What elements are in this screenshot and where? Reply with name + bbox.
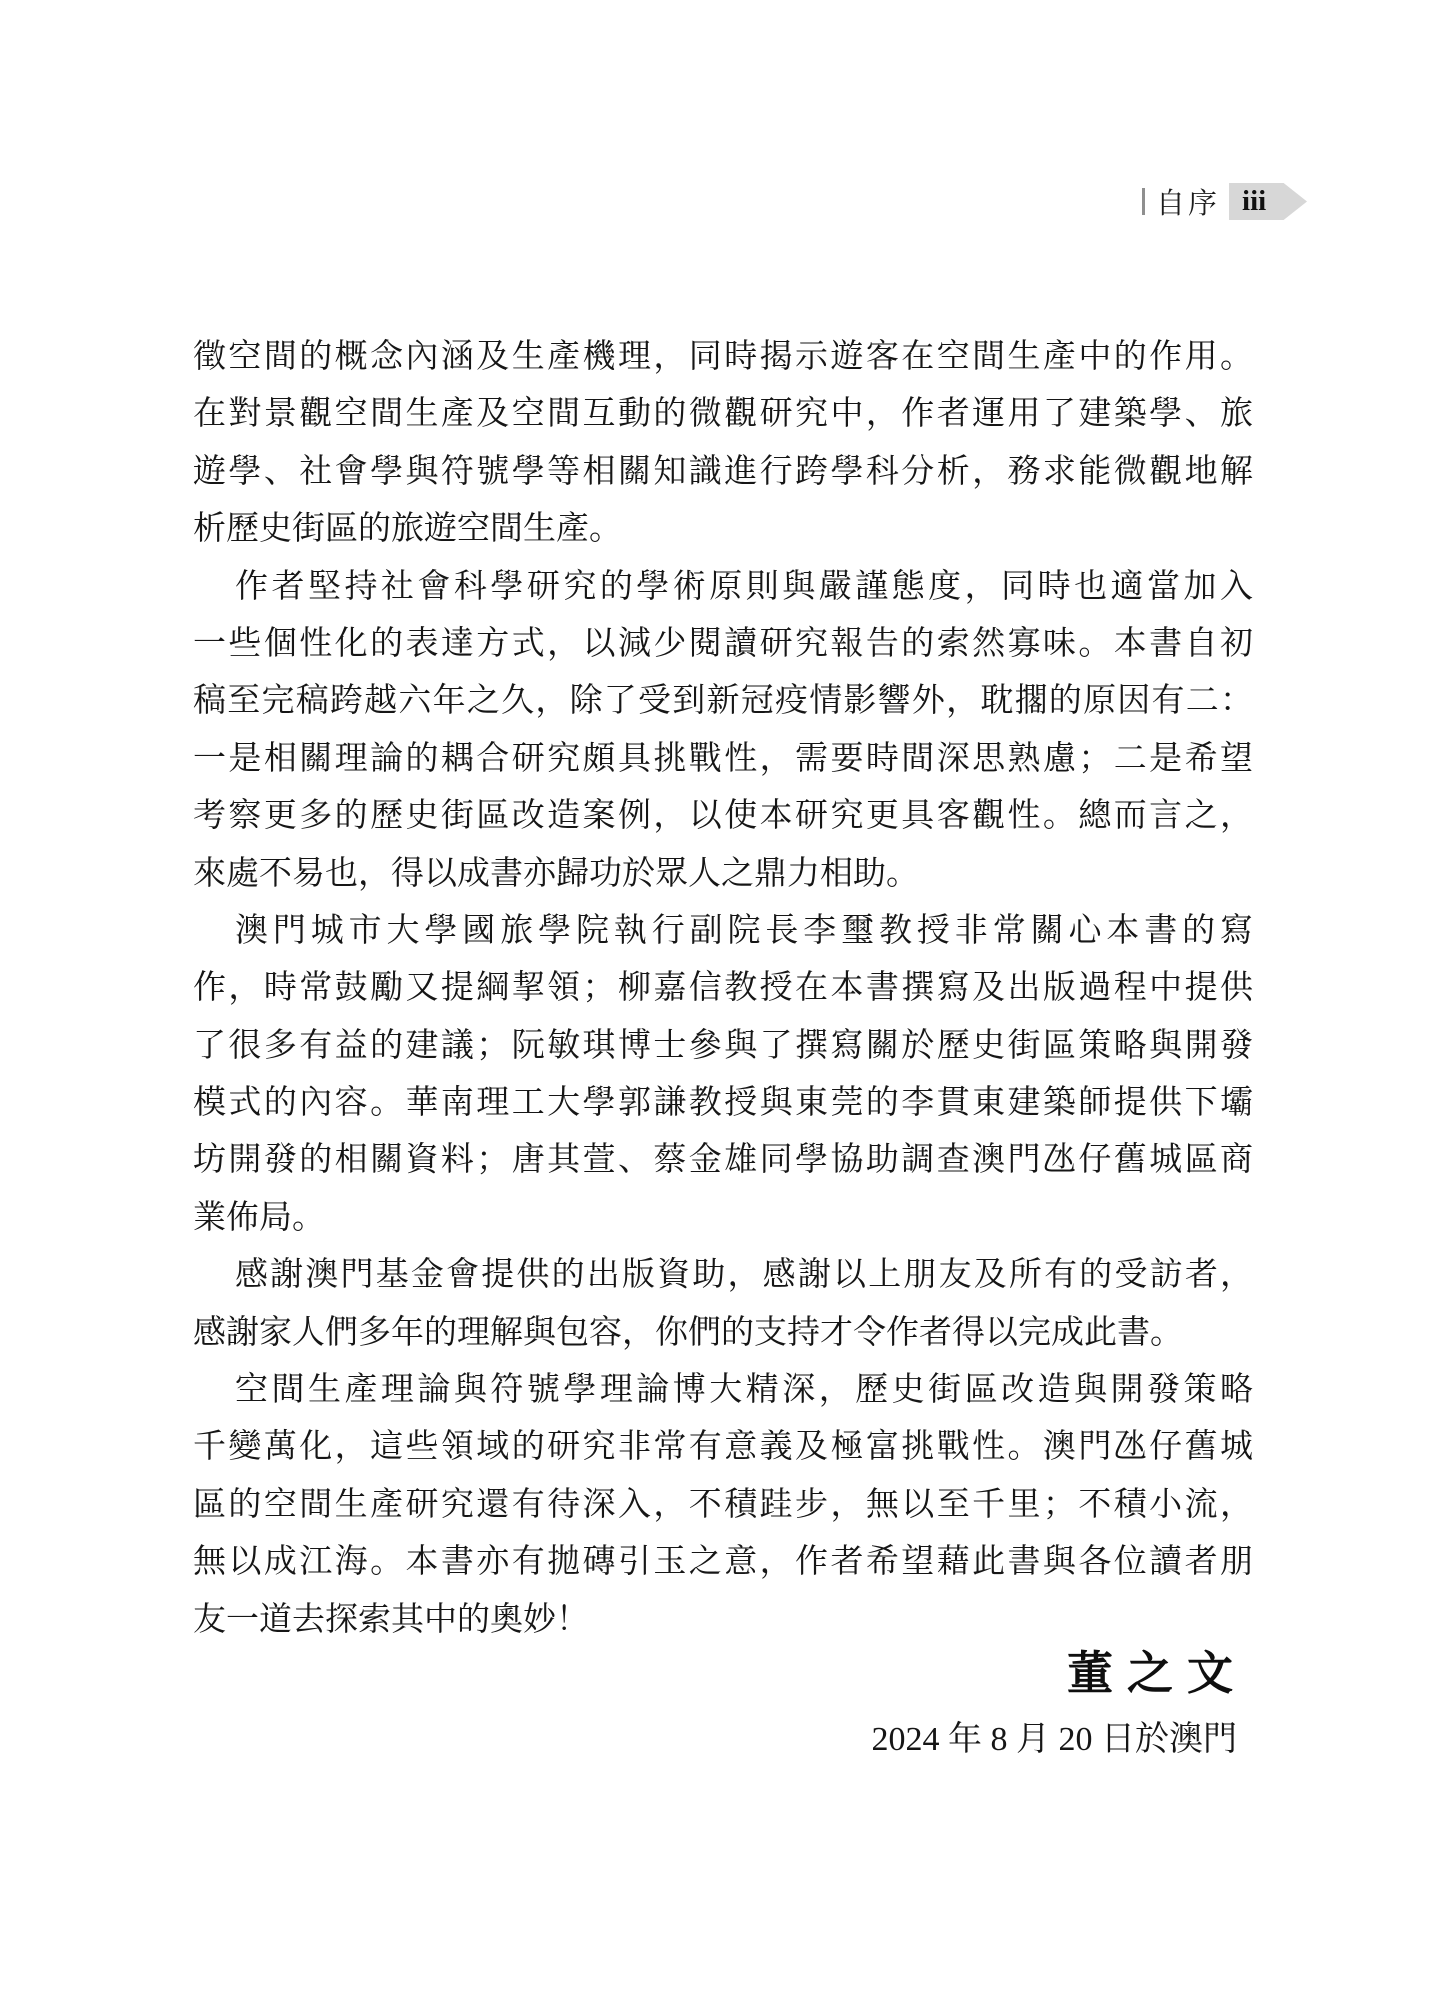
text-line: 稿至完稿跨越六年之久，除了受到新冠疫情影響外，耽擱的原因有二： xyxy=(193,673,1253,730)
text-line: 作，時常鼓勵又提綱挈領；柳嘉信教授在本書撰寫及出版過程中提供 xyxy=(193,960,1253,1017)
text-line: 在對景觀空間生產及空間互動的微觀研究中，作者運用了建築學、旅 xyxy=(193,386,1253,443)
text-line: 模式的內容。華南理工大學郭謙教授與東莞的李貫東建築師提供下壩 xyxy=(193,1075,1253,1132)
date-line: 2024 年 8 月 20 日於澳門 xyxy=(193,1718,1253,1762)
body-text: 徵空間的概念內涵及生產機理，同時揭示遊客在空間生產中的作用。在對景觀空間生產及空… xyxy=(193,329,1253,1649)
paragraph: 作者堅持社會科學研究的學術原則與嚴謹態度，同時也適當加入一些個性化的表達方式，以… xyxy=(193,559,1253,903)
paragraph: 澳門城市大學國旅學院執行副院長李璽教授非常關心本書的寫作，時常鼓勵又提綱挈領；柳… xyxy=(193,903,1253,1247)
text-line: 澳門城市大學國旅學院執行副院長李璽教授非常關心本書的寫 xyxy=(193,903,1253,960)
text-line: 徵空間的概念內涵及生產機理，同時揭示遊客在空間生產中的作用。 xyxy=(193,329,1253,386)
text-line: 千變萬化，這些領域的研究非常有意義及極富挑戰性。澳門氹仔舊城 xyxy=(193,1419,1253,1476)
text-line: 感謝澳門基金會提供的出版資助，感謝以上朋友及所有的受訪者， xyxy=(193,1247,1253,1304)
paragraph: 徵空間的概念內涵及生產機理，同時揭示遊客在空間生產中的作用。在對景觀空間生產及空… xyxy=(193,329,1253,559)
text-line: 區的空間生產研究還有待深入，不積跬步，無以至千里；不積小流， xyxy=(193,1477,1253,1534)
signature-block: 董之文 2024 年 8 月 20 日於澳門 xyxy=(193,1644,1253,1762)
text-line: 無以成江海。本書亦有拋磚引玉之意，作者希望藉此書與各位讀者朋 xyxy=(193,1534,1253,1591)
book-page: { "header": { "title": "自序", "page_numbe… xyxy=(0,0,1445,2014)
paragraph: 空間生產理論與符號學理論博大精深，歷史街區改造與開發策略千變萬化，這些領域的研究… xyxy=(193,1362,1253,1649)
text-line: 一是相關理論的耦合研究頗具挑戰性，需要時間深思熟慮；二是希望 xyxy=(193,731,1253,788)
text-line: 遊學、社會學與符號學等相關知識進行跨學科分析，務求能微觀地解 xyxy=(193,444,1253,501)
text-line: 友一道去探索其中的奧妙！ xyxy=(193,1592,1253,1649)
text-line: 析歷史街區的旅遊空間生產。 xyxy=(193,501,1253,558)
text-line: 空間生產理論與符號學理論博大精深，歷史街區改造與開發策略 xyxy=(193,1362,1253,1419)
text-line: 感謝家人們多年的理解與包容，你們的支持才令作者得以完成此書。 xyxy=(193,1305,1253,1362)
text-line: 坊開發的相關資料；唐其萱、蔡金雄同學協助調查澳門氹仔舊城區商 xyxy=(193,1132,1253,1189)
text-line: 一些個性化的表達方式，以減少閱讀研究報告的索然寡味。本書自初 xyxy=(193,616,1253,673)
text-line: 業佈局。 xyxy=(193,1190,1253,1247)
text-line: 作者堅持社會科學研究的學術原則與嚴謹態度，同時也適當加入 xyxy=(193,559,1253,616)
chapter-title: 自序 xyxy=(1156,181,1220,222)
page-number: iii xyxy=(1242,187,1266,216)
page-number-tag: iii xyxy=(1229,183,1307,220)
header-separator-rule xyxy=(1142,188,1145,215)
author-name: 董之文 xyxy=(193,1644,1253,1704)
paragraph: 感謝澳門基金會提供的出版資助，感謝以上朋友及所有的受訪者，感謝家人們多年的理解與… xyxy=(193,1247,1253,1362)
page-header: 自序 iii xyxy=(1142,181,1307,222)
text-line: 考察更多的歷史街區改造案例，以使本研究更具客觀性。總而言之， xyxy=(193,788,1253,845)
text-line: 來處不易也，得以成書亦歸功於眾人之鼎力相助。 xyxy=(193,846,1253,903)
text-line: 了很多有益的建議；阮敏琪博士參與了撰寫關於歷史街區策略與開發 xyxy=(193,1018,1253,1075)
